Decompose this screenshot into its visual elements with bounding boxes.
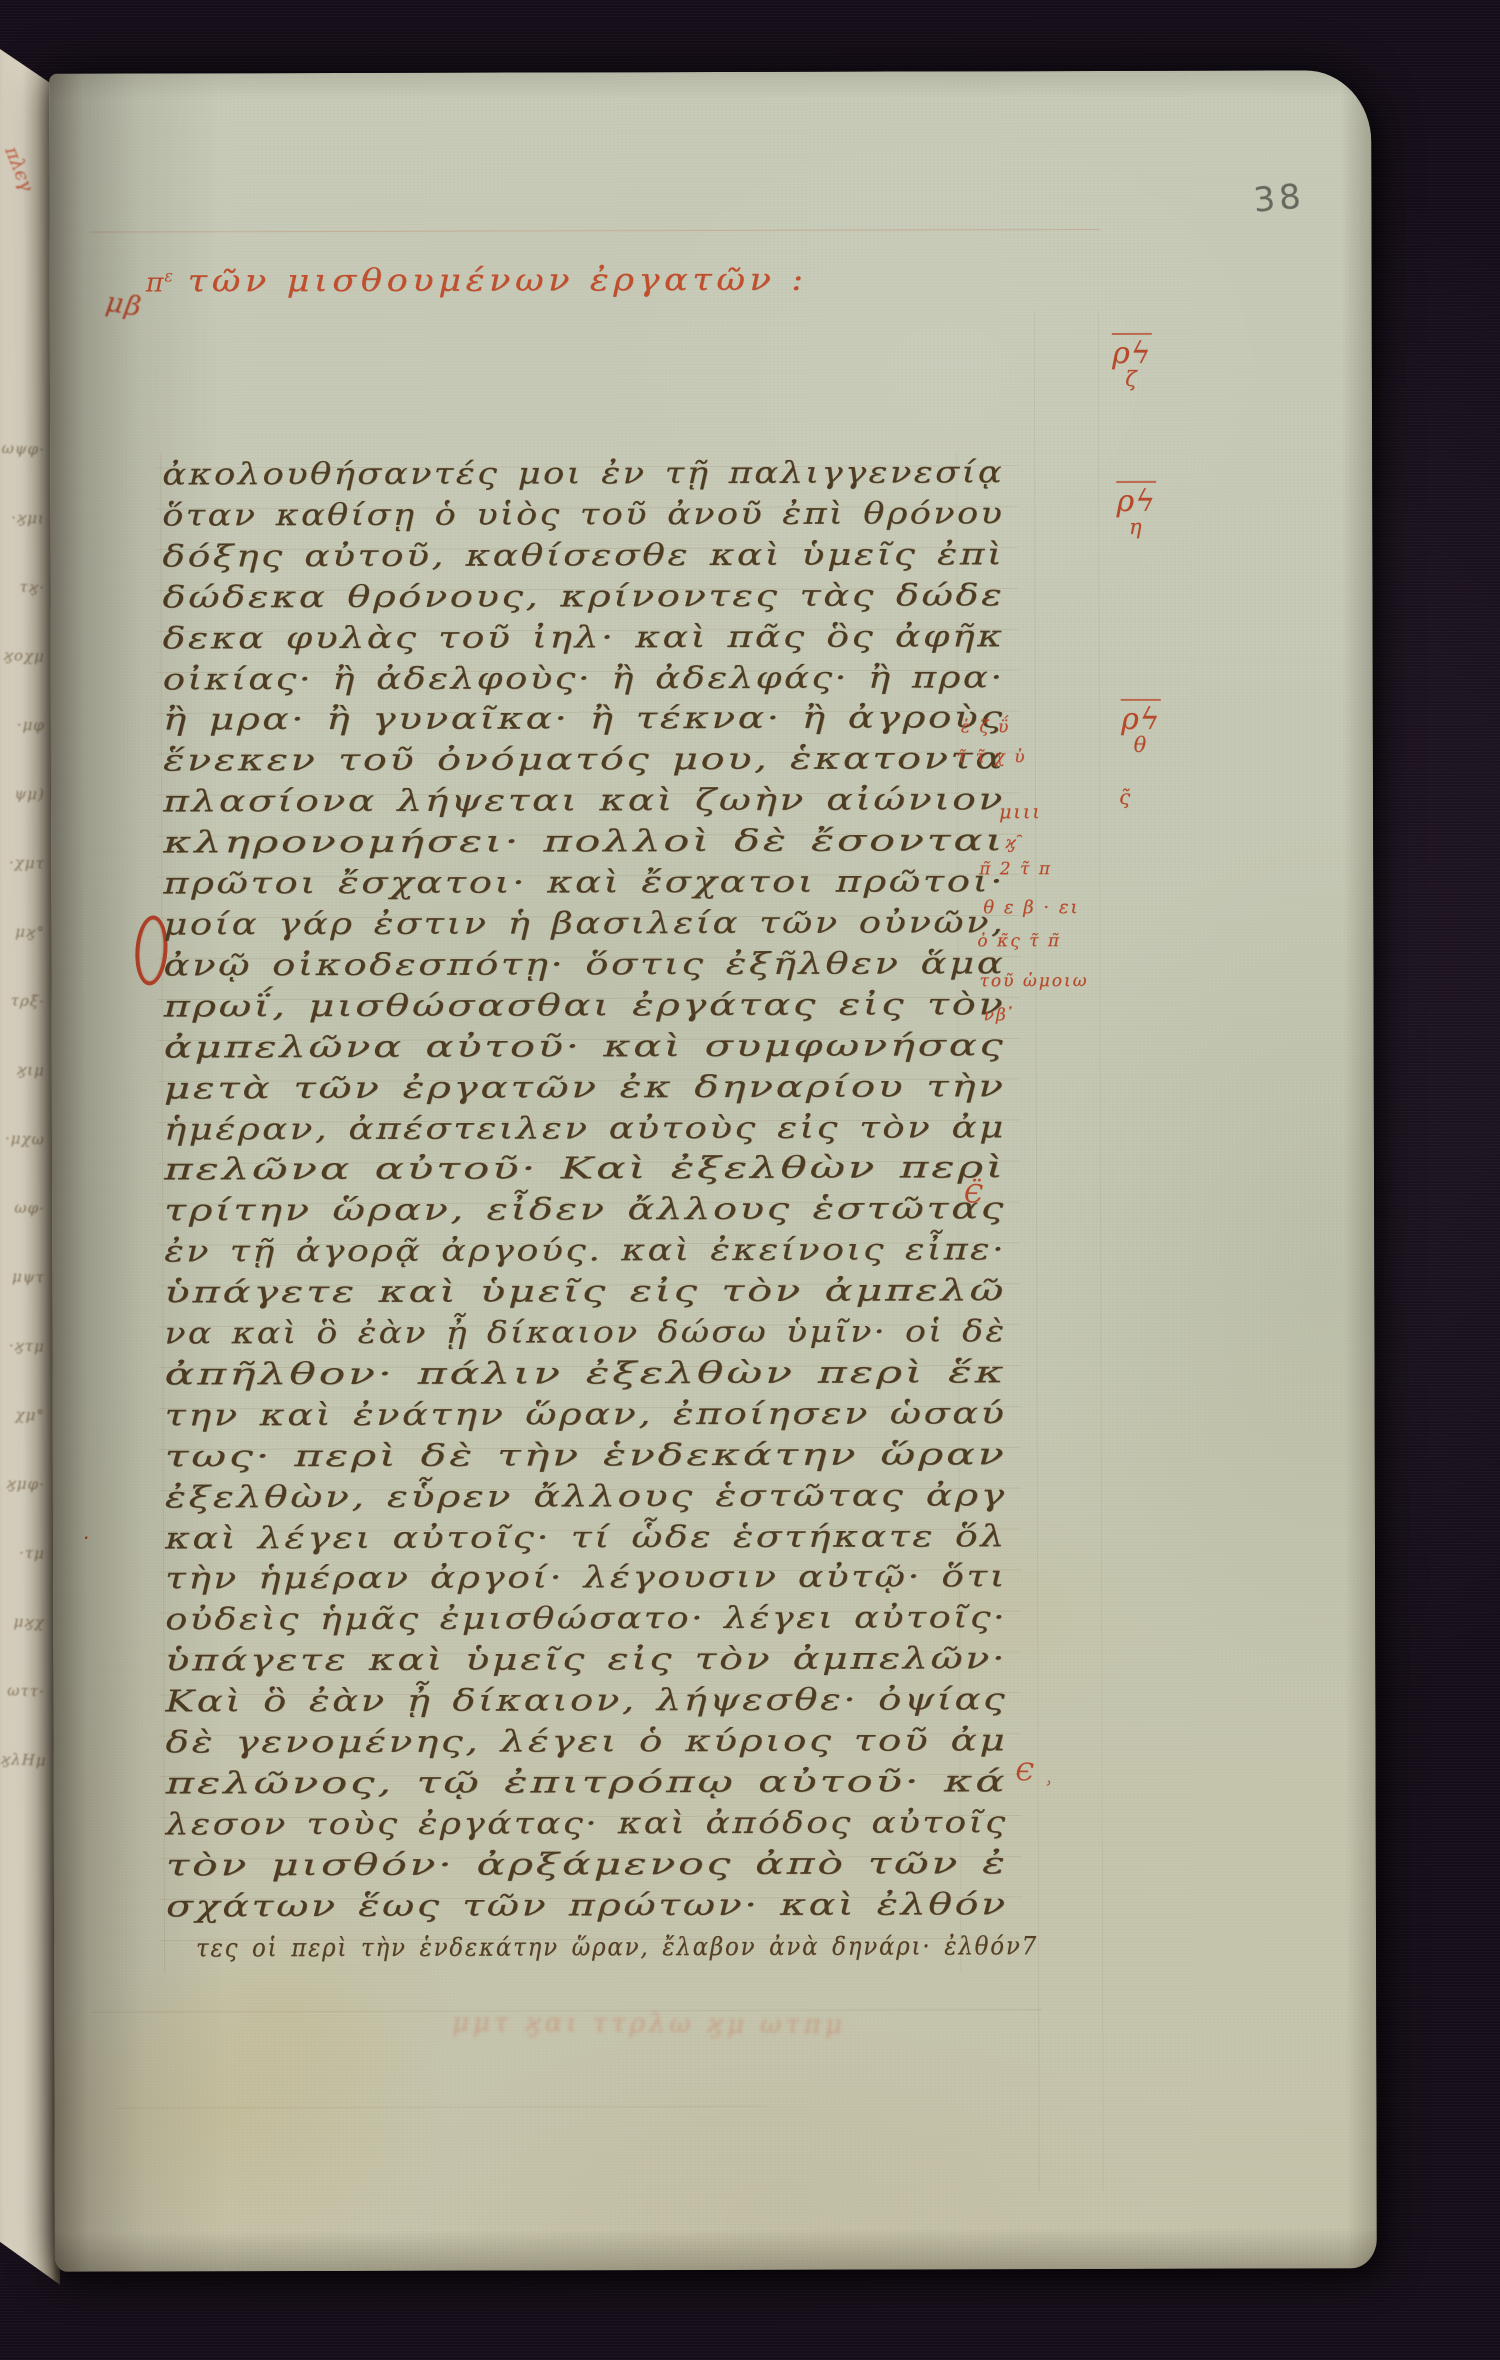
text-line: τως· περὶ δὲ τὴν ἑνδεκάτην ὥραν [165, 1435, 1007, 1478]
offset-ghost-text: μμτ ϗαι ττρλω ϗμ ωτπμ [452, 2008, 1112, 2042]
edge-text-fragment: μϗ° [0, 922, 55, 993]
chapter-numeral: μβ [104, 287, 145, 323]
text-line: ἢ μρα· ἢ γυναῖκα· ἢ τέκνα· ἢ ἀγροὺς [163, 699, 1005, 742]
margin-note: π̃ 2 τ̃ π [979, 859, 1052, 879]
text-line: δώδεκα θρόνους, κρίνοντες τὰς δώδε [162, 576, 1004, 619]
text-line: ἡμέραν, ἀπέστειλεν αὐτοὺς εἰς τὸν ἀμ [164, 1108, 1006, 1151]
text-line: λεσον τοὺς ἐργάτας· καὶ ἀπόδος αὐτοῖς [166, 1803, 1008, 1846]
edge-text-fragment: τρξ· [0, 991, 55, 1062]
text-line: οἰκίας· ἢ ἀδελφοὺς· ἢ ἀδελφάς· ἢ πρα· [163, 658, 1005, 701]
text-line: μετὰ τῶν ἐργατῶν ἐκ δηναρίου τὴν [164, 1067, 1006, 1110]
section-number: ρϟ θ [1109, 699, 1173, 757]
edge-text-fragment: ϗοχμ [0, 646, 55, 717]
text-line: πλασίονα λήψεται καὶ ζωὴν αἰώνιον [163, 780, 1005, 823]
lection-mark: · [83, 1526, 91, 1550]
edge-text-fragment: ·ϗμι [0, 508, 55, 579]
text-line: δὲ γενομένης, λέγει ὁ κύριος τοῦ ἀμ [165, 1721, 1007, 1764]
text-line: κληρονομήσει· πολλοὶ δὲ ἔσονται [163, 821, 1005, 864]
lection-mark: Є̈ [964, 1179, 985, 1208]
edge-text-fragment: ωφ· [0, 1198, 55, 1269]
text-line: πρῶτοι ἔσχατοι· καὶ ἔσχατοι πρῶτοι· [163, 862, 1005, 905]
text-line: ἀνῷ οἰκοδεσπότῃ· ὅστις ἐξῆλθεν ἅμα [163, 944, 1005, 987]
edge-text-fragment: ·μφ [0, 715, 55, 786]
facing-page-red-fragment: πλϵγ [0, 143, 38, 194]
folio-number: 38 [1252, 176, 1307, 220]
edge-text-fragment: ϗιμ [0, 1060, 55, 1131]
text-line: πελῶνος, τῷ ἐπιτρόπῳ αὐτοῦ· κά [166, 1762, 1008, 1805]
text-line: ἀκολουθήσαντές μοι ἐν τῇ παλιγγενεσίᾳ [162, 453, 1004, 496]
text-line: τες οἱ περὶ τὴν ἑνδεκάτην ὥραν, ἔλαβον ἀ… [196, 1926, 1038, 1969]
edge-text-fragment: ϗμφ· [0, 1474, 55, 1545]
text-line: πρωΐ, μισθώσασθαι ἐργάτας εἰς τὸν [164, 985, 1006, 1028]
edge-text-fragment: ωψφ· [0, 439, 55, 510]
manuscript-photo: πλϵγ ωψφ··ϗμιτϗ·ϗοχμ·μφψμ)·χμτμϗ°τρξ·ϗιμ… [0, 0, 1500, 2360]
edge-text-fragment: ·χμτ [0, 853, 55, 924]
rubric-title-abbreviation: πε [146, 267, 174, 298]
edge-text-fragment: ωττ· [0, 1681, 55, 1752]
text-line: τρίτην ὥραν, εἶδεν ἄλλους ἑστῶτας [164, 1190, 1006, 1233]
rubric-title-row: πετῶν μισθουμένων ἐργατῶν : [146, 262, 735, 300]
margin-note: μιιι [999, 801, 1042, 823]
margin-note: τ̃ τ̃ χ ὑ [957, 747, 1027, 767]
lection-mark: Є ⸒ [1016, 1755, 1056, 1788]
manuscript-page: 38 μβ πετῶν μισθουμένων ἐργατῶν : ἀκολου… [49, 70, 1377, 2271]
edge-text-fragment: χμ° [0, 1405, 55, 1476]
text-line: καὶ λέγει αὐτοῖς· τί ὧδε ἑστήκατε ὅλ [165, 1517, 1007, 1560]
text-line: την καὶ ἐνάτην ὥραν, ἐποίησεν ὡσαύ [165, 1394, 1007, 1437]
section-number: ρϟ η [1104, 481, 1168, 539]
ruling-line-bottom [116, 2106, 766, 2109]
margin-note: νβ ̓ [984, 1005, 1016, 1025]
text-line: να καὶ ὃ ἐὰν ᾖ δίκαιον δώσω ὑμῖν· οἱ δὲ [164, 1312, 1006, 1355]
text-line: Καὶ ὃ ἐὰν ᾖ δίκαιον, λήψεσθε· ὀψίας [165, 1680, 1007, 1723]
edge-text-fragment: ·μχω [0, 1129, 55, 1200]
text-line: ἐξελθὼν, εὗρεν ἄλλους ἑστῶτας ἀργ [165, 1476, 1007, 1519]
margin-note: τοῦ ὡμοιω [979, 971, 1088, 991]
section-number: ρϟ ζ [1100, 333, 1164, 391]
text-block: ἀκολουθήσαντές μοι ἐν τῇ παλιγγενεσίᾳὅτα… [162, 453, 1016, 1969]
text-line: σχάτων ἕως τῶν πρώτων· καὶ ἐλθόν [166, 1885, 1008, 1928]
text-line: ὑπάγετε καὶ ὑμεῖς εἰς τὸν ἀμπελῶν· [165, 1640, 1007, 1683]
edge-text-fragment: ·τμ [0, 1543, 55, 1614]
margin-note: ὁ κ̃ς τ̃ π̃ [977, 931, 1061, 951]
margin-note: ἑ ζ ΰ [961, 717, 1011, 737]
text-line: οὐδεὶς ἡμᾶς ἐμισθώσατο· λέγει αὐτοῖς· [165, 1599, 1007, 1642]
ruling-line-vertical [1034, 311, 1040, 2191]
text-line: δόξης αὐτοῦ, καθίσεσθε καὶ ὑμεῖς ἐπὶ [162, 535, 1004, 578]
margin-note: ς̃ [1119, 785, 1132, 809]
text-line: μοία γάρ ἐστιν ἡ βασιλεία τῶν οὐνῶν, [163, 903, 1005, 946]
ruling-line-vertical [1098, 311, 1104, 2191]
edge-text-fragment: μϗχ [0, 1612, 55, 1683]
edge-text-fragment: ψμ) [0, 784, 55, 855]
rubric-title: τῶν μισθουμένων ἐργατῶν : [188, 262, 808, 300]
margin-note: ϗ ̑ [1005, 833, 1025, 853]
text-line: ὅταν καθίσῃ ὁ υἱὸς τοῦ ἀνοῦ ἐπὶ θρόνου [162, 494, 1004, 537]
edge-text-fragment: μψτ [0, 1267, 55, 1338]
edge-text-fragment: τϗ· [0, 577, 55, 648]
text-line: πελῶνα αὐτοῦ· Καὶ ἐξελθὼν περὶ [164, 1149, 1006, 1192]
text-line: ἀπῆλθον· πάλιν ἐξελθὼν περὶ ἕκ [164, 1353, 1006, 1396]
text-line: ἀμπελῶνα αὐτοῦ· καὶ συμφωνήσας [164, 1026, 1006, 1069]
text-line: ὑπάγετε καὶ ὑμεῖς εἰς τὸν ἀμπελῶ [164, 1271, 1006, 1314]
edge-text-fragment: ϗλHμ [0, 1750, 55, 1821]
text-line: δεκα φυλὰς τοῦ ἰηλ· καὶ πᾶς ὃς ἀφῆκ [163, 617, 1005, 660]
text-line: ἕνεκεν τοῦ ὀνόματός μου, ἑκατοντα [163, 740, 1005, 783]
ruling-line-title [90, 229, 1100, 233]
facing-page-text-showthrough: ωψφ··ϗμιτϗ·ϗοχμ·μφψμ)·χμτμϗ°τρξ·ϗιμ·μχωω… [0, 440, 54, 1820]
text-line: τὴν ἡμέραν ἀργοί· λέγουσιν αὐτῷ· ὅτι [165, 1558, 1007, 1601]
edge-text-fragment: ·ϗτμ [0, 1336, 55, 1407]
text-line: ἐν τῇ ἀγορᾷ ἀργούς. καὶ ἐκείνοις εἶπε· [164, 1230, 1006, 1273]
text-line: τὸν μισθόν· ἀρξάμενος ἀπὸ τῶν ἐ [166, 1844, 1008, 1887]
margin-note: θ ε β · ει [983, 897, 1079, 918]
